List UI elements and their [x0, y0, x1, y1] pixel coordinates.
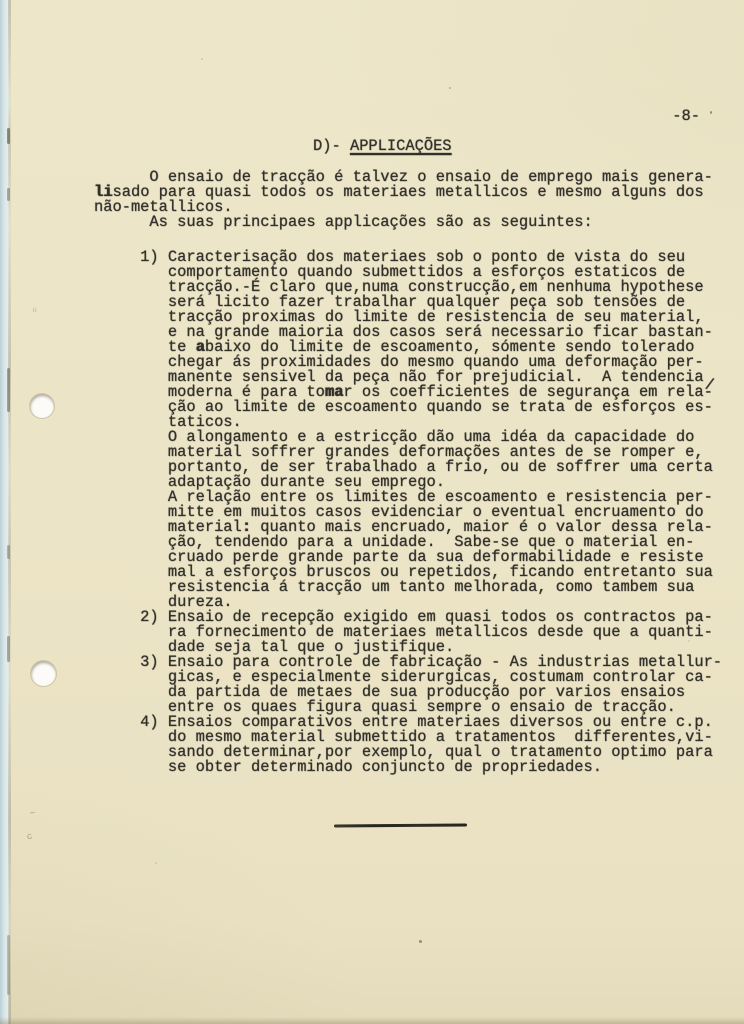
edge-mark: [7, 545, 10, 559]
pencil-mark: c: [25, 831, 34, 842]
paper-speck: [710, 111, 712, 114]
applications-list: 1) Caracterisação dos materiaes sob o po…: [94, 250, 722, 775]
text-line: As suas principaes applicações são as se…: [94, 215, 713, 230]
pencil-mark: =: [28, 307, 38, 313]
heading-prefix: D)-: [313, 137, 350, 155]
section-heading: D)- APPLICAÇÕES: [313, 139, 452, 154]
punch-hole-top: [30, 394, 54, 418]
edge-mark: [7, 935, 10, 995]
paper-bottom-edge: [0, 1017, 744, 1024]
edge-mark: [7, 188, 10, 201]
text-line: se obter determinado conjuncto de propri…: [94, 760, 722, 775]
edge-mark: [7, 636, 10, 662]
paper-speck: [449, 87, 451, 89]
heading-title: APPLICAÇÕES: [350, 137, 452, 155]
pencil-mark: ~: [29, 809, 37, 820]
intro-paragraphs: O ensaio de tracção é talvez o ensaio de…: [94, 170, 713, 230]
end-of-section-rule: [334, 824, 467, 827]
paper-speck: [201, 58, 203, 60]
paper-speck: [688, 640, 690, 642]
page-number: -8-: [672, 109, 700, 124]
edge-mark: [7, 368, 10, 412]
scanned-document-page: -8- D)- APPLICAÇÕES O ensaio de tracção …: [0, 0, 744, 1024]
punch-hole-bottom: [31, 661, 56, 686]
edge-mark: [7, 128, 10, 144]
paper-speck: [155, 862, 157, 864]
paper-left-edge: [8, 0, 11, 1024]
paper-speck: [419, 940, 422, 943]
paper-speck: [628, 300, 630, 302]
